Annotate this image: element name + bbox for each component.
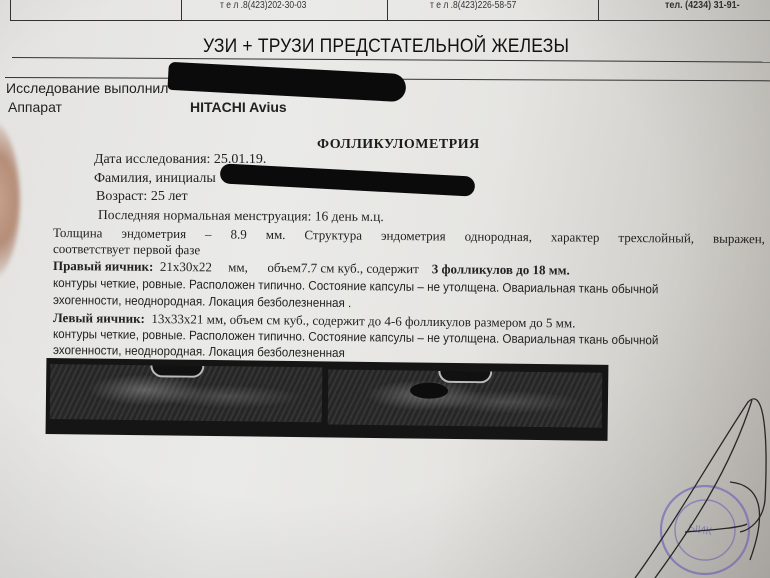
date-label: Дата исследования: (94, 152, 210, 167)
redaction-performer (167, 62, 406, 102)
ultrasound-image-left (50, 364, 323, 422)
left-ovary-label: Левый яичник: (53, 310, 145, 326)
right-ovary-volume: объем7.7 см куб., содержит (267, 260, 419, 276)
right-ovary-line-3: эхогенности, неоднородная. Локация безбо… (53, 293, 351, 310)
last-menstruation: Последняя нормальная менструация: 16 ден… (98, 207, 384, 225)
right-ovary-follicles: 3 фолликулов до 18 мм. (432, 261, 570, 277)
finger-blur (0, 120, 20, 280)
document-title: УЗИ + ТРУЗИ ПРЕДСТАТЕЛЬНОЙ ЖЕЛЕЗЫ (203, 36, 569, 58)
performed-by-label: Исследование выполнил (6, 80, 168, 96)
phone-2: т е л .8(423)226-58-57 (430, 0, 516, 11)
ultrasound-strip (46, 358, 609, 441)
phone-1: т е л .8(423)202-30-03 (220, 0, 306, 11)
left-ovary-details: 13х33х21 мм, объем см куб., содержит до … (151, 311, 575, 330)
right-ovary-label: Правый яичник: (53, 258, 154, 274)
right-ovary-row: Правый яичник: 21х30х22 мм, объем7.7 см … (53, 258, 570, 279)
endometrium-line-2: соответствует первой фазе (53, 241, 200, 258)
probe-arc-right (438, 371, 492, 384)
redaction-name (220, 163, 476, 196)
probe-arc-left (150, 365, 204, 378)
signature-icon (635, 399, 766, 578)
age-row: Возраст: 25 лет (96, 189, 188, 205)
right-ovary-size: 21х30х22 (160, 259, 212, 274)
device-label: Аппарат (8, 99, 62, 115)
ultrasound-image-right (328, 369, 603, 427)
right-ovary-unit: мм, (228, 260, 248, 275)
phone-3: тел. (4234) 31-91- (665, 0, 740, 11)
age-label: Возраст: (96, 189, 147, 204)
study-title: ФОЛЛИКУЛОМЕТРИЯ (317, 137, 480, 153)
header-cell-1 (10, 0, 182, 21)
name-label: Фамилия, инициалы (94, 171, 216, 187)
age-value: 25 лет (151, 189, 188, 204)
left-ovary-line-3: эхогенности, неоднородная. Локация безбо… (53, 343, 345, 360)
stamp-and-signature: ЫИК (600, 380, 770, 578)
device-value: HITACHI Avius (190, 99, 287, 115)
follicle-dark-area (410, 382, 448, 398)
